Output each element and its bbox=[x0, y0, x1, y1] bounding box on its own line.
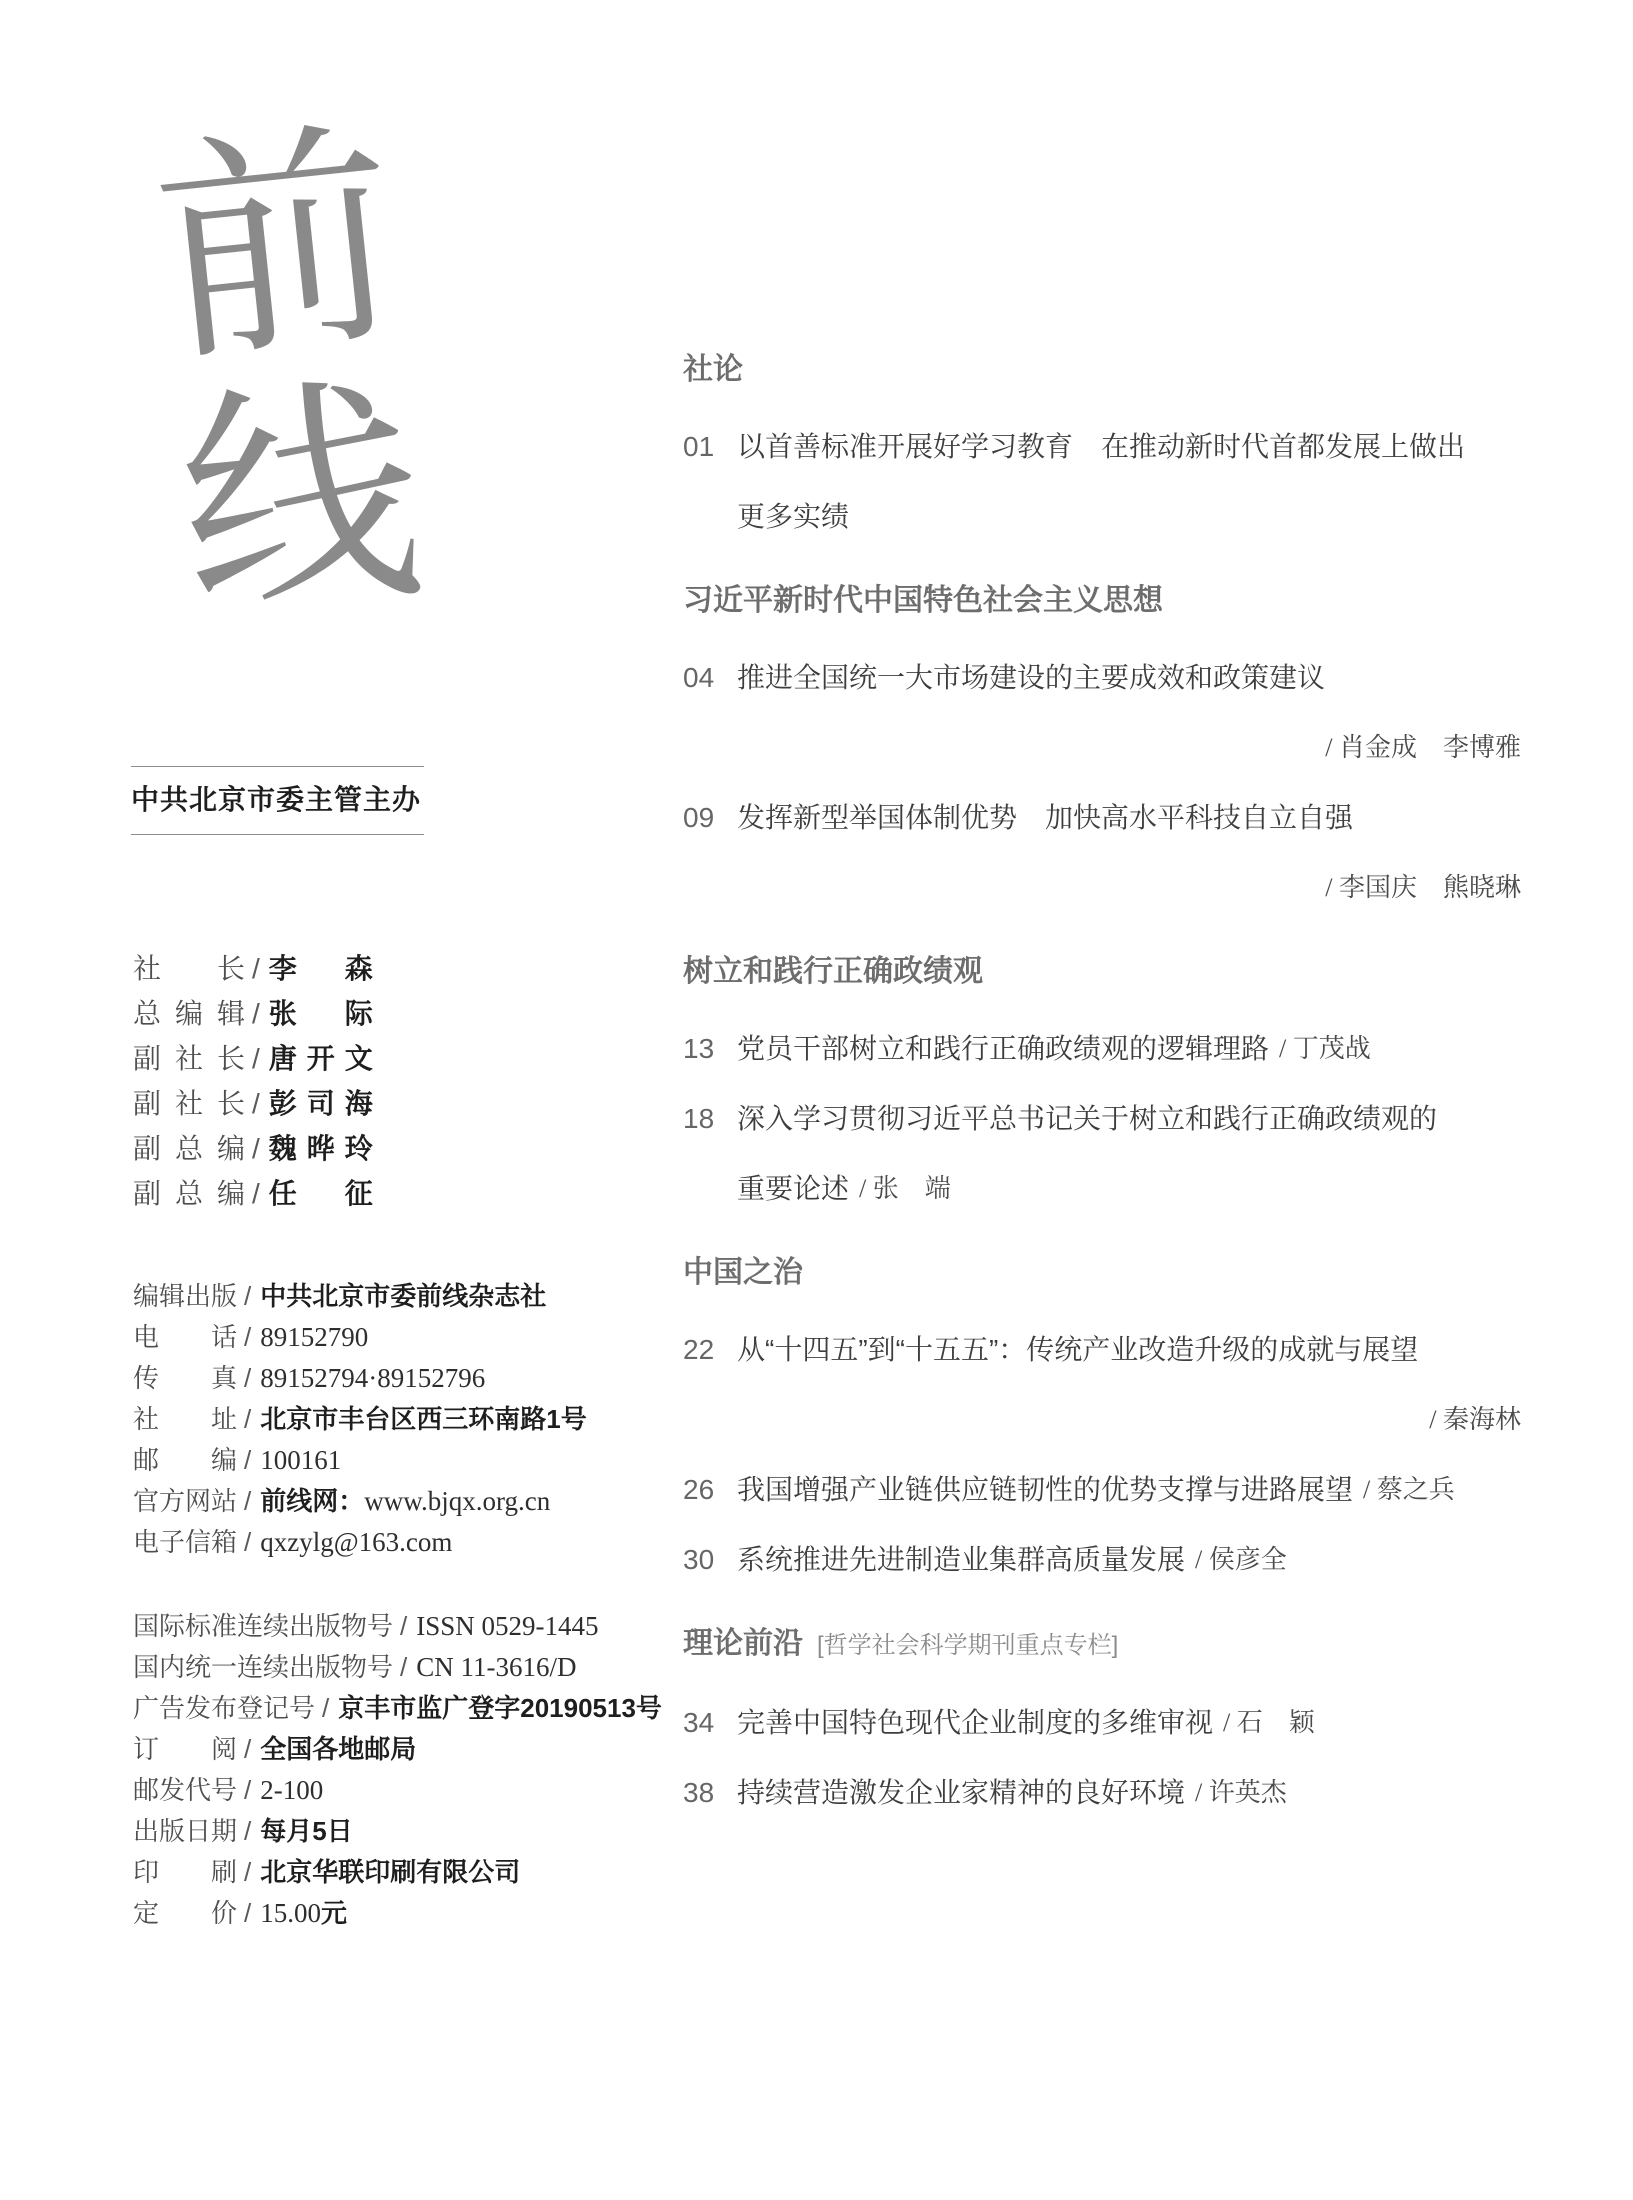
separator-slash: / bbox=[252, 1088, 260, 1119]
cn-number: CN 11-3616/D bbox=[416, 1652, 576, 1682]
entry-author: / 许英杰 bbox=[1195, 1775, 1287, 1811]
info-label: 印刷 bbox=[133, 1852, 237, 1893]
page-number: 38 bbox=[683, 1775, 737, 1811]
page-number: 09 bbox=[683, 800, 737, 836]
entry-title: 推进全国统一大市场建设的主要成效和政策建议 bbox=[737, 660, 1325, 696]
staff-role: 副社长 bbox=[133, 1036, 245, 1081]
price-unit: 元 bbox=[321, 1898, 347, 1928]
section-title: 中国之治 bbox=[683, 1255, 1563, 1291]
page-number: 04 bbox=[683, 660, 737, 696]
page-number: 13 bbox=[683, 1031, 737, 1067]
separator-slash: / bbox=[244, 1281, 251, 1311]
info-row: 广告发布登记号/京丰市监广登字20190513号 bbox=[133, 1688, 662, 1729]
separator-slash: / bbox=[400, 1652, 407, 1682]
section-title: 社论 bbox=[683, 352, 1563, 388]
entry-title: 持续营造激发企业家精神的良好环境 bbox=[737, 1775, 1185, 1811]
toc-entry: 01以首善标准开展好学习教育 在推动新时代首都发展上做出 bbox=[683, 429, 1563, 465]
toc-entry: 38持续营造激发企业家精神的良好环境/ 许英杰 bbox=[683, 1775, 1563, 1811]
entry-title: 从“十四五”到“十五五”：传统产业改造升级的成就与展望 bbox=[737, 1332, 1418, 1368]
separator-slash: / bbox=[244, 1363, 251, 1393]
info-row: 定价/15.00元 bbox=[133, 1893, 662, 1934]
separator-slash: / bbox=[244, 1322, 251, 1352]
staff-role: 社长 bbox=[133, 946, 245, 991]
phone-number: 89152790 bbox=[260, 1322, 368, 1352]
toc-entry: 13党员干部树立和践行正确政绩观的逻辑理路/ 丁茂战 bbox=[683, 1031, 1563, 1067]
magazine-contents-page: 前 线 中共北京市委主管主办 社长/李森 总编辑/张际 副社长/唐开文 副社长/… bbox=[0, 0, 1633, 2200]
separator-slash: / bbox=[244, 1527, 251, 1557]
printer-name: 北京华联印刷有限公司 bbox=[260, 1857, 520, 1887]
info-row: 订阅/全国各地邮局 bbox=[133, 1729, 662, 1770]
entry-title: 以首善标准开展好学习教育 在推动新时代首都发展上做出 bbox=[737, 429, 1465, 465]
entry-author-line: / 肖金成 李博雅 bbox=[683, 730, 1521, 766]
logo-char-xian: 线 bbox=[174, 374, 428, 628]
info-row: 国际标准连续出版物号/ISSN 0529-1445 bbox=[133, 1606, 662, 1647]
separator-slash: / bbox=[252, 1043, 260, 1074]
section-title: 习近平新时代中国特色社会主义思想 bbox=[683, 583, 1563, 619]
website-name: 前线网： bbox=[260, 1486, 364, 1516]
entry-author-line: / 李国庆 熊晓琳 bbox=[683, 870, 1521, 906]
entry-title-continued: 更多实绩 bbox=[737, 499, 849, 535]
separator-slash: / bbox=[252, 953, 260, 984]
publication-registry-info: 国际标准连续出版物号/ISSN 0529-1445 国内统一连续出版物号/CN … bbox=[133, 1606, 662, 1934]
staff-name: 魏晔玲 bbox=[269, 1126, 373, 1171]
staff-name: 任征 bbox=[269, 1171, 373, 1216]
separator-slash: / bbox=[244, 1816, 251, 1846]
entry-author: / 侯彦全 bbox=[1195, 1542, 1287, 1578]
staff-list: 社长/李森 总编辑/张际 副社长/唐开文 副社长/彭司海 副总编/魏晔玲 副总编… bbox=[133, 946, 373, 1216]
toc-section: 树立和践行正确政绩观 13党员干部树立和践行正确政绩观的逻辑理路/ 丁茂战 18… bbox=[683, 954, 1563, 1207]
staff-row: 副社长/唐开文 bbox=[133, 1036, 373, 1081]
website-url: www.bjqx.org.cn bbox=[364, 1486, 550, 1516]
entry-title: 系统推进先进制造业集群高质量发展 bbox=[737, 1542, 1185, 1578]
info-label: 订阅 bbox=[133, 1729, 237, 1770]
separator-slash: / bbox=[400, 1611, 407, 1641]
separator-slash: / bbox=[244, 1775, 251, 1805]
staff-row: 副总编/任征 bbox=[133, 1171, 373, 1216]
toc-entry-line2: 更多实绩 bbox=[683, 499, 1563, 535]
ad-registration-number: 京丰市监广登字20190513号 bbox=[338, 1693, 662, 1723]
separator-slash: / bbox=[244, 1734, 251, 1764]
info-label: 国际标准连续出版物号 bbox=[133, 1606, 393, 1647]
info-row: 邮编/100161 bbox=[133, 1440, 587, 1481]
page-number: 18 bbox=[683, 1101, 737, 1137]
separator-slash: / bbox=[252, 998, 260, 1029]
info-label: 国内统一连续出版物号 bbox=[133, 1647, 393, 1688]
price-amount: 15.00 bbox=[260, 1898, 321, 1928]
info-label: 广告发布登记号 bbox=[133, 1688, 315, 1729]
page-number: 22 bbox=[683, 1332, 737, 1368]
entry-title: 发挥新型举国体制优势 加快高水平科技自立自强 bbox=[737, 800, 1353, 836]
info-row: 官方网站/前线网：www.bjqx.org.cn bbox=[133, 1481, 587, 1522]
toc-section: 理论前沿[哲学社会科学期刊重点专栏] 34完善中国特色现代企业制度的多维审视/ … bbox=[683, 1626, 1563, 1811]
info-label: 编辑出版 bbox=[133, 1276, 237, 1317]
toc-entry: 04推进全国统一大市场建设的主要成效和政策建议 bbox=[683, 660, 1563, 696]
info-row: 邮发代号/2-100 bbox=[133, 1770, 662, 1811]
section-note: [哲学社会科学期刊重点专栏] bbox=[817, 1632, 1118, 1659]
section-title-text: 理论前沿 bbox=[683, 1627, 803, 1660]
entry-author: / 石 颖 bbox=[1223, 1705, 1315, 1741]
info-row: 电话/89152790 bbox=[133, 1317, 587, 1358]
table-of-contents: 社论 01以首善标准开展好学习教育 在推动新时代首都发展上做出 更多实绩 习近平… bbox=[683, 352, 1563, 1859]
page-number: 26 bbox=[683, 1472, 737, 1508]
info-row: 出版日期/每月5日 bbox=[133, 1811, 662, 1852]
info-label: 出版日期 bbox=[133, 1811, 237, 1852]
entry-title: 党员干部树立和践行正确政绩观的逻辑理路 bbox=[737, 1031, 1269, 1067]
entry-title-continued: 重要论述 bbox=[737, 1171, 849, 1207]
postal-distribution-code: 2-100 bbox=[260, 1775, 323, 1805]
info-label: 定价 bbox=[133, 1893, 237, 1934]
info-row: 社址/北京市丰台区西三环南路1号 bbox=[133, 1399, 587, 1440]
toc-entry: 22从“十四五”到“十五五”：传统产业改造升级的成就与展望 bbox=[683, 1332, 1563, 1368]
address: 北京市丰台区西三环南路1号 bbox=[260, 1404, 586, 1434]
staff-row: 总编辑/张际 bbox=[133, 991, 373, 1036]
page-number: 01 bbox=[683, 429, 737, 465]
info-label: 邮编 bbox=[133, 1440, 237, 1481]
staff-role: 副总编 bbox=[133, 1171, 245, 1216]
staff-row: 社长/李森 bbox=[133, 946, 373, 991]
postal-code: 100161 bbox=[260, 1445, 341, 1475]
staff-name: 李森 bbox=[269, 946, 373, 991]
info-row: 电子信箱/qxzylg@163.com bbox=[133, 1522, 587, 1563]
staff-name: 彭司海 bbox=[269, 1081, 373, 1126]
issn-number: ISSN 0529-1445 bbox=[416, 1611, 598, 1641]
toc-section: 中国之治 22从“十四五”到“十五五”：传统产业改造升级的成就与展望 / 秦海林… bbox=[683, 1255, 1563, 1578]
org-banner: 中共北京市委主管主办 bbox=[131, 766, 424, 835]
entry-author: / 丁茂战 bbox=[1279, 1031, 1371, 1067]
entry-author: / 蔡之兵 bbox=[1363, 1472, 1455, 1508]
info-row: 传真/89152794·89152796 bbox=[133, 1358, 587, 1399]
separator-slash: / bbox=[244, 1445, 251, 1475]
subscription-channel: 全国各地邮局 bbox=[260, 1734, 416, 1764]
section-title: 树立和践行正确政绩观 bbox=[683, 954, 1563, 990]
info-label: 官方网站 bbox=[133, 1481, 237, 1522]
toc-section: 习近平新时代中国特色社会主义思想 04推进全国统一大市场建设的主要成效和政策建议… bbox=[683, 583, 1563, 906]
separator-slash: / bbox=[244, 1857, 251, 1887]
staff-name: 唐开文 bbox=[269, 1036, 373, 1081]
staff-name: 张际 bbox=[269, 991, 373, 1036]
email-address: qxzylg@163.com bbox=[260, 1527, 452, 1557]
info-label: 电子信箱 bbox=[133, 1522, 237, 1563]
toc-entry-line2: 重要论述/ 张 端 bbox=[683, 1171, 1563, 1207]
entry-title: 深入学习贯彻习近平总书记关于树立和践行正确政绩观的 bbox=[737, 1101, 1437, 1137]
staff-role: 副社长 bbox=[133, 1081, 245, 1126]
publish-date: 每月5日 bbox=[260, 1816, 352, 1846]
entry-title: 我国增强产业链供应链韧性的优势支撑与进路展望 bbox=[737, 1472, 1353, 1508]
info-row: 国内统一连续出版物号/CN 11-3616/D bbox=[133, 1647, 662, 1688]
toc-entry: 34完善中国特色现代企业制度的多维审视/ 石 颖 bbox=[683, 1705, 1563, 1741]
page-number: 30 bbox=[683, 1542, 737, 1578]
separator-slash: / bbox=[244, 1486, 251, 1516]
entry-author-line: / 秦海林 bbox=[683, 1402, 1521, 1438]
separator-slash: / bbox=[322, 1693, 329, 1723]
staff-role: 副总编 bbox=[133, 1126, 245, 1171]
toc-entry: 26我国增强产业链供应链韧性的优势支撑与进路展望/ 蔡之兵 bbox=[683, 1472, 1563, 1508]
toc-entry: 18深入学习贯彻习近平总书记关于树立和践行正确政绩观的 bbox=[683, 1101, 1563, 1137]
publication-info: 编辑出版/中共北京市委前线杂志社 电话/89152790 传真/89152794… bbox=[133, 1276, 587, 1563]
separator-slash: / bbox=[252, 1178, 260, 1209]
info-label: 传真 bbox=[133, 1358, 237, 1399]
section-title: 理论前沿[哲学社会科学期刊重点专栏] bbox=[683, 1626, 1563, 1664]
toc-entry: 09发挥新型举国体制优势 加快高水平科技自立自强 bbox=[683, 800, 1563, 836]
info-label: 社址 bbox=[133, 1399, 237, 1440]
info-value: 中共北京市委前线杂志社 bbox=[260, 1281, 546, 1311]
entry-author: / 张 端 bbox=[859, 1171, 951, 1207]
info-label: 邮发代号 bbox=[133, 1770, 237, 1811]
separator-slash: / bbox=[244, 1404, 251, 1434]
fax-number: 89152794·89152796 bbox=[260, 1363, 485, 1393]
logo-char-qian: 前 bbox=[146, 116, 408, 378]
separator-slash: / bbox=[252, 1133, 260, 1164]
staff-role: 总编辑 bbox=[133, 991, 245, 1036]
magazine-logo: 前 线 bbox=[130, 110, 460, 730]
page-number: 34 bbox=[683, 1705, 737, 1741]
staff-row: 副总编/魏晔玲 bbox=[133, 1126, 373, 1171]
toc-entry: 30系统推进先进制造业集群高质量发展/ 侯彦全 bbox=[683, 1542, 1563, 1578]
entry-title: 完善中国特色现代企业制度的多维审视 bbox=[737, 1705, 1213, 1741]
separator-slash: / bbox=[244, 1898, 251, 1928]
info-label: 电话 bbox=[133, 1317, 237, 1358]
staff-row: 副社长/彭司海 bbox=[133, 1081, 373, 1126]
info-row: 编辑出版/中共北京市委前线杂志社 bbox=[133, 1276, 587, 1317]
info-row: 印刷/北京华联印刷有限公司 bbox=[133, 1852, 662, 1893]
toc-section: 社论 01以首善标准开展好学习教育 在推动新时代首都发展上做出 更多实绩 bbox=[683, 352, 1563, 535]
